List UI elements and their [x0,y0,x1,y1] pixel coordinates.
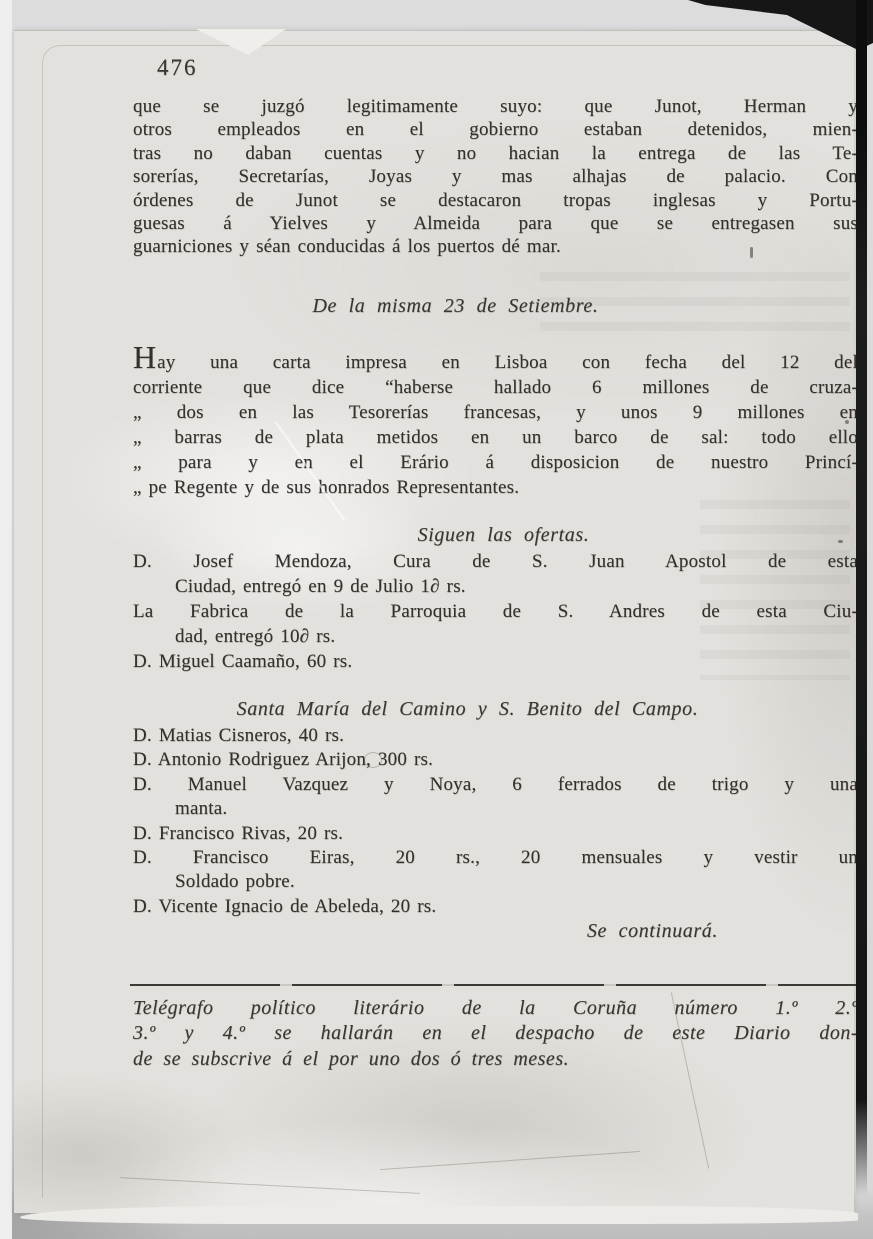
offers-heading: Siguen las ofertas. [133,524,858,547]
paper-fold [196,29,286,55]
offers-list-2: D. Matias Cisneros, 40 rs. D. Antonio Ro… [133,724,858,919]
divider-rule [130,984,860,986]
body-line: guesas á Yielves y Almeida para que se e… [133,212,858,235]
offer-line: dad, entregó 10∂ rs. [133,624,858,649]
continuation-note: Se continuará. [133,920,718,943]
footer-line: de se subscrive á el por uno dos ó tres … [133,1047,858,1072]
offer-line: D. Francisco Rivas, 20 rs. [133,822,858,846]
body-line: que se juzgó legitimamente suyo: que Jun… [133,95,858,118]
page-number: 476 [157,55,198,81]
offer-line: D. Vicente Ignacio de Abeleda, 20 rs. [133,895,858,919]
offer-line: D. Manuel Vazquez y Noya, 6 ferrados de … [133,773,858,797]
intro-paragraph: que se juzgó legitimamente suyo: que Jun… [133,95,858,259]
ink-speck [750,247,753,258]
scanner-bed-strip [0,0,12,1239]
body-line: órdenes de Junot se destacaron tropas in… [133,189,858,212]
letter-paragraph: Hay una carta impresa en Lisboa con fech… [133,345,858,500]
offer-line: D. Francisco Eiras, 20 rs., 20 mensuales… [133,846,858,870]
body-line: otros empleados en el gobierno estaban d… [133,118,858,141]
scan-background: { "page": { "number": "476" }, "colors":… [0,0,873,1239]
offer-line: Soldado pobre. [133,870,858,894]
body-line-text: ay una carta impresa en Lisboa con fecha… [157,352,858,373]
footer-line: Telégrafo político literário de la Coruñ… [133,996,858,1021]
body-line: sorerías, Secretarías, Joyas y mas alhaj… [133,165,858,188]
body-line: corriente que dice “haberse hallado 6 mi… [133,375,858,400]
offer-line: La Fabrica de la Parroquia de S. Andres … [133,599,858,624]
page-bottom-edge [20,1206,858,1224]
body-line: „ para y en el Erário á disposicion de n… [133,450,858,475]
drop-cap: H [133,339,157,375]
offer-line: D. Josef Mendoza, Cura de S. Juan Aposto… [133,549,858,574]
offer-line: manta. [133,797,858,821]
show-through-mark [364,752,382,768]
parish-heading: Santa María del Camino y S. Benito del C… [133,698,858,721]
offer-line: Ciudad, entregó en 9 de Julio 1∂ rs. [133,574,858,599]
body-line: „ dos en las Tesorerías francesas, y uno… [133,400,858,425]
footer-line: 3.º y 4.º se hallarán en el despacho de … [133,1021,858,1046]
footer-notice: Telégrafo político literário de la Coruñ… [133,996,858,1072]
body-line: „ pe Regente y de sus honrados Represent… [133,475,858,500]
offer-line: D. Miguel Caamaño, 60 rs. [133,649,858,674]
body-line: Hay una carta impresa en Lisboa con fech… [133,345,858,375]
body-line: tras no daban cuentas y no hacian la ent… [133,142,858,165]
offers-list-1: D. Josef Mendoza, Cura de S. Juan Aposto… [133,549,858,674]
offer-line: D. Antonio Rodriguez Arijon, 300 rs. [133,748,858,772]
dateline-heading: De la misma 23 de Setiembre. [133,295,858,318]
body-line: „ barras de plata metidos en un barco de… [133,425,858,450]
binding-edge [856,0,867,1196]
offer-line: D. Matias Cisneros, 40 rs. [133,724,858,748]
ink-speck [845,420,849,424]
ink-speck [838,540,843,543]
